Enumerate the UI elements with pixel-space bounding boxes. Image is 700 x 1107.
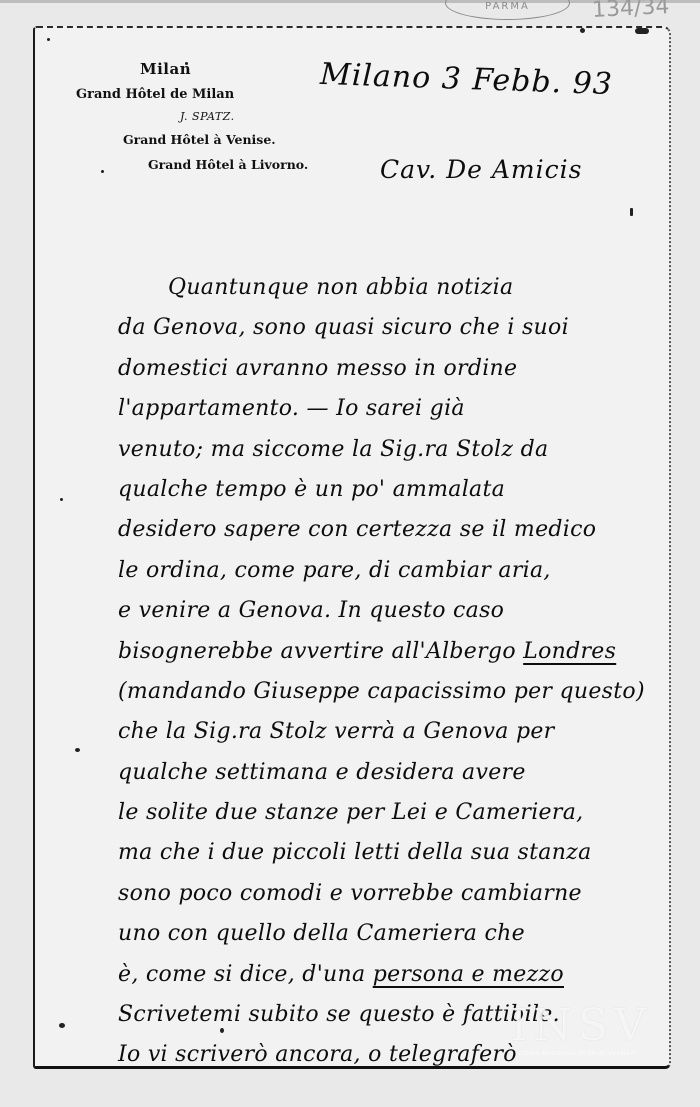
ink-speck (635, 28, 649, 34)
letter-line: domestici avranno messo in ordine (118, 349, 658, 389)
letter-line: sono poco comodi e vorrebbe cambiarne (118, 874, 658, 914)
ink-speck (75, 748, 80, 752)
letter-line: bisognerebbe avvertire all'Albergo Londr… (118, 632, 658, 672)
letterhead-hotel-milan: Grand Hôtel de Milan (76, 87, 234, 102)
ink-speck (60, 498, 63, 501)
archive-watermark-subtext: Istituto Nazionale di Studi Verdiani (515, 1050, 636, 1057)
letter-line: qualche tempo è un po' ammalata (118, 470, 658, 510)
letter-line: desidero sapere con certezza se il medic… (118, 510, 658, 550)
letter-line: e venire a Genova. In questo caso (118, 591, 658, 631)
letter-line: venuto; ma siccome la Sig.ra Stolz da (118, 430, 658, 470)
letter-body: Quantunque non abbia notizia da Genova, … (118, 268, 658, 1076)
letter-line: uno con quello della Cameriera che (118, 914, 658, 954)
letterhead-hotel-livorno: Grand Hôtel à Livorno. (148, 157, 308, 172)
letter-line: ma che i due piccoli letti della sua sta… (118, 833, 658, 873)
archive-watermark: INSV (510, 1000, 652, 1051)
letter-line: le ordina, come pare, di cambiar aria, (118, 551, 658, 591)
letter-line: Quantunque non abbia notizia (118, 268, 658, 308)
ink-speck (59, 1023, 65, 1028)
letterhead-owner: J. SPATZ. (180, 110, 235, 123)
ink-speck (580, 28, 585, 33)
letter-line: da Genova, sono quasi sicuro che i suoi (118, 308, 658, 348)
letter-salutation: Cav. De Amicis (380, 155, 582, 184)
archive-stamp-text: PARMA (446, 1, 569, 12)
ink-speck (47, 38, 50, 41)
letter-line: l'appartamento. — Io sarei già (118, 389, 658, 429)
archive-reference-number: 134/34 (591, 0, 670, 23)
letter-line: qualche settimana e desidera avere (118, 753, 658, 793)
letter-line: (mandando Giuseppe capacissimo per quest… (118, 672, 658, 712)
letter-line: è, come si dice, d'una persona e mezzoè,… (118, 955, 658, 995)
ink-speck (630, 208, 633, 216)
underlined-persona-e-mezzo: persona e mezzo (373, 962, 564, 987)
letterhead-hotel-venice: Grand Hôtel à Venise. (123, 132, 276, 147)
letter-line: che la Sig.ra Stolz verrà a Genova per (118, 712, 658, 752)
ink-speck (101, 170, 104, 173)
underlined-londres: Londres (523, 639, 616, 664)
archive-stamp: PARMA (445, 0, 570, 20)
letterhead-city: Milan (140, 60, 191, 78)
letter-line: le solite due stanze per Lei e Cameriera… (118, 793, 658, 833)
